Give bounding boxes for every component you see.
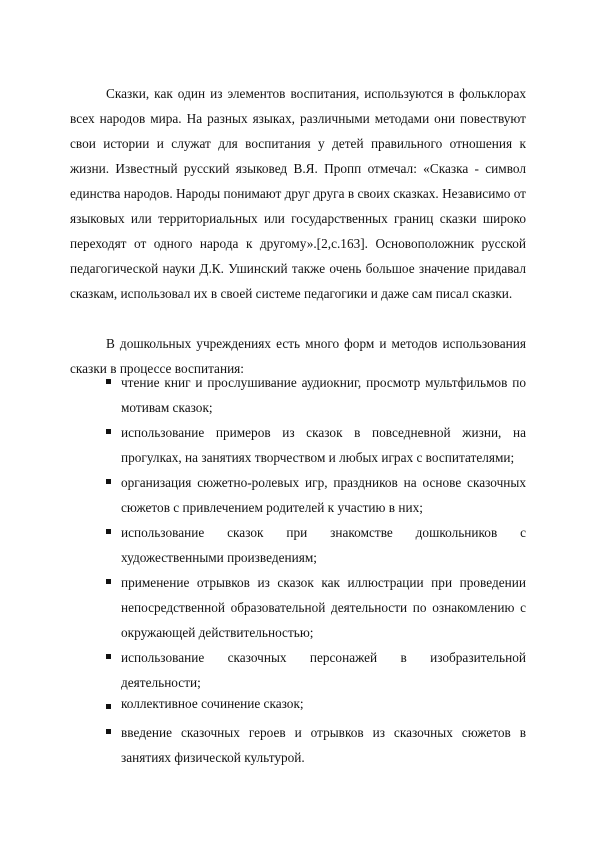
list-item: использование сказок при знакомстве дошк… bbox=[121, 520, 526, 570]
list-item: использование примеров из сказок в повсе… bbox=[121, 420, 526, 470]
list-item: организация сюжетно-ролевых игр, праздни… bbox=[121, 470, 526, 520]
list-item: введение сказочных героев и отрывков из … bbox=[121, 720, 526, 770]
methods-list: чтение книг и прослушивание аудиокниг, п… bbox=[121, 370, 526, 770]
list-item: использование сказочных персонажей в изо… bbox=[121, 645, 526, 695]
list-item: коллективное сочинение сказок; bbox=[121, 695, 526, 713]
list-item: чтение книг и прослушивание аудиокниг, п… bbox=[121, 370, 526, 420]
paragraph-fairy-tales-role: Сказки, как один из элементов воспитания… bbox=[70, 81, 526, 306]
document-page: Сказки, как один из элементов воспитания… bbox=[0, 0, 595, 842]
paragraph-text: Сказки, как один из элементов воспитания… bbox=[70, 86, 526, 301]
list-item: применение отрывков из сказок как иллюст… bbox=[121, 570, 526, 645]
